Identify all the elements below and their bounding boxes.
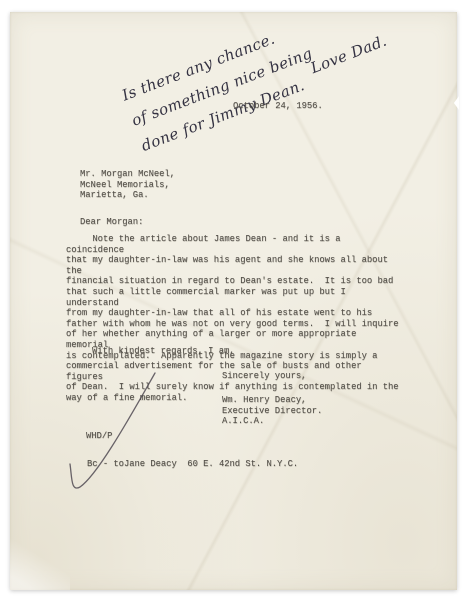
bc-line: Bc - toJane Deacy 60 E. 42nd St. N.Y.C. [87, 459, 298, 470]
paper-corner-fold [10, 510, 70, 590]
closing-line: Sincerely yours, [222, 371, 306, 382]
scan-background: { "document": { "handwritten_note": { "l… [0, 0, 465, 600]
paper-edge-notch [453, 96, 459, 110]
typist-initials: WHD/P [86, 431, 112, 442]
signature-block: Wm. Henry Deacy, Executive Director. A.I… [222, 395, 322, 427]
regards-line: With kindest regards, I am, [92, 346, 235, 357]
recipient-address: Mr. Morgan McNeel, McNeel Memorials, Mar… [80, 169, 175, 201]
salutation: Dear Morgan: [80, 217, 143, 228]
typed-date: October 24, 1956. [233, 101, 323, 112]
